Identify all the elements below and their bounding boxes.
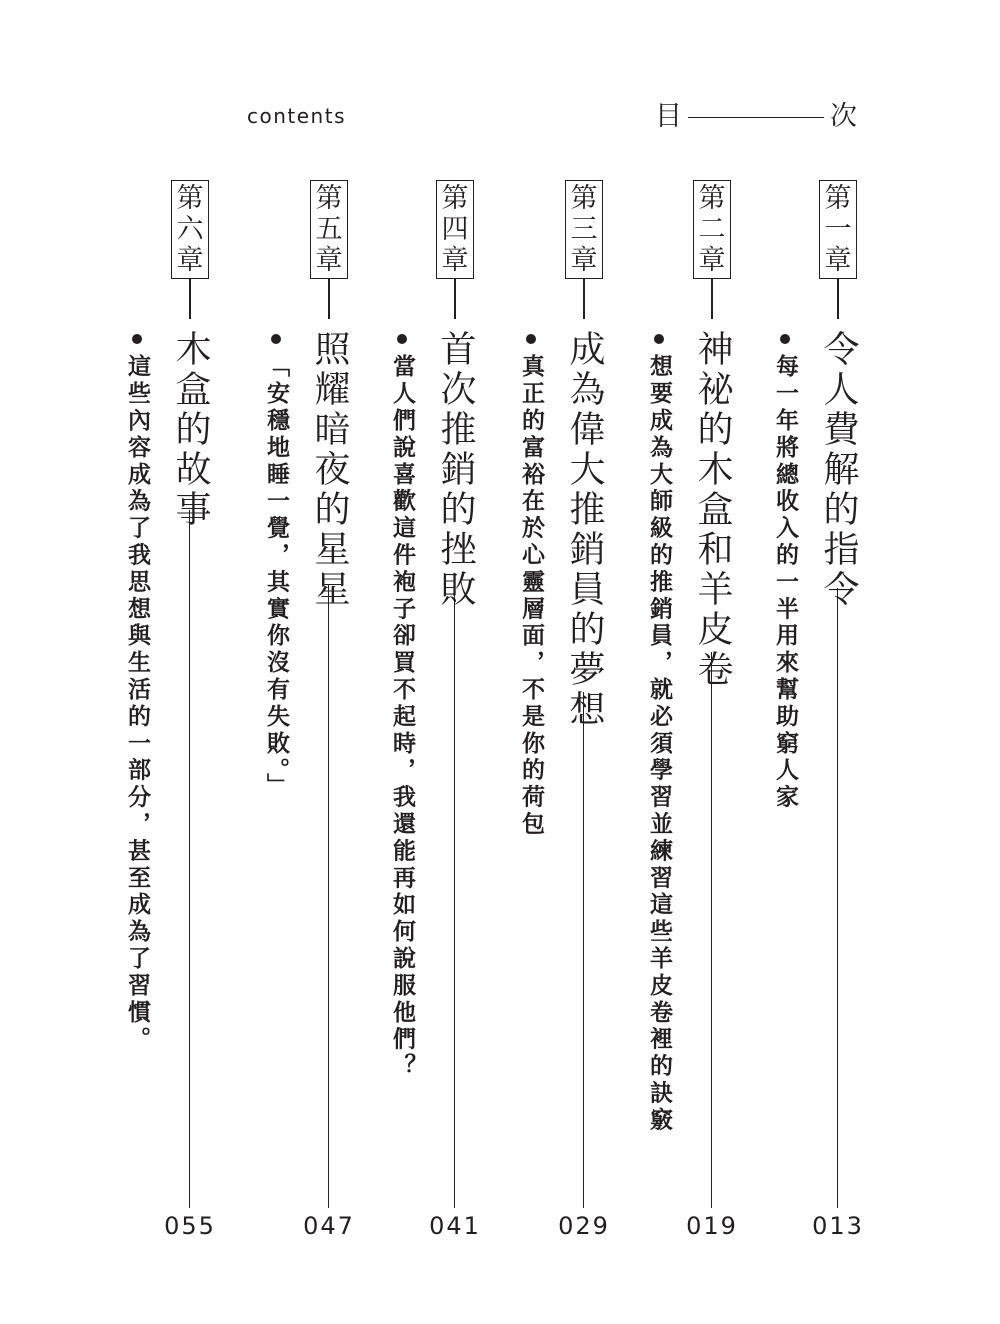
chapter-label-char: 章 [823,245,854,276]
chapter-2-page-number[interactable]: 019 [672,1212,752,1240]
chapter-label-char: 五 [314,214,345,245]
bullet-icon [654,334,664,344]
chapter-4-title[interactable]: 首次推銷的挫敗 [433,330,477,610]
chapter-2-subtitle: 想要成為大師級的推銷員，就必須學習並練習這些羊皮卷裡的訣竅 [645,354,673,1134]
chapter-label-char: 四 [440,214,471,245]
chapter-label-char: 章 [569,245,600,276]
chapter-4-label-box: 第 四 章 [436,180,474,279]
chapter-4-connector [454,279,456,319]
chapter-1-title[interactable]: 令人費解的指令 [816,330,860,610]
bullet-icon [526,334,536,344]
chapter-1-summary: 每一年將總收入的一半用來幫助窮人家 [771,332,799,811]
toc-header-rule [688,117,824,118]
chapter-5-page-number[interactable]: 047 [289,1212,369,1240]
bullet-icon [397,334,407,344]
chapter-label-char: 第 [697,183,728,214]
chapter-label-char: 六 [175,214,206,245]
chapter-6-summary: 這些內容成為了我思想與生活的一部分，甚至成為了習慣。 [123,332,151,1053]
chapter-label-char: 第 [175,183,206,214]
bullet-icon [132,334,142,344]
chapter-4-summary: 當人們說喜歡這件袍子卻買不起時，我還能再如何說服他們？ [388,332,416,1080]
chapter-label-char: 第 [823,183,854,214]
chapter-3-summary: 真正的富裕在於心靈層面，不是你的荷包 [517,332,545,838]
chapter-label-char: 一 [823,214,854,245]
chapter-5-connector [328,279,330,319]
chapter-1-subtitle: 每一年將總收入的一半用來幫助窮人家 [771,354,799,811]
chapter-5-leader-line [328,584,329,1208]
chapter-1-connector [837,279,839,319]
chapter-4-page-number[interactable]: 041 [415,1212,495,1240]
bullet-icon [780,334,790,344]
chapter-6-leader-line [189,510,190,1208]
chapter-2-leader-line [711,652,712,1208]
chapter-6-title[interactable]: 木盒的故事 [168,330,212,530]
chapter-2-label-box: 第 二 章 [693,180,731,279]
chapter-label-char: 章 [175,245,206,276]
toc-header-char-mu: 目 [655,100,682,134]
chapter-3-connector [583,279,585,319]
chapter-5-label-box: 第 五 章 [310,180,348,279]
chapter-2-title[interactable]: 神祕的木盒和羊皮卷 [690,330,734,690]
toc-header-en: contents [247,104,346,128]
chapter-6-subtitle: 這些內容成為了我思想與生活的一部分，甚至成為了習慣。 [123,354,151,1053]
chapter-6-connector [189,279,191,319]
toc-header-char-ci: 次 [830,100,857,134]
chapter-2-summary: 想要成為大師級的推銷員，就必須學習並練習這些羊皮卷裡的訣竅 [645,332,673,1134]
chapter-5-summary: 「安穩地睡一覺，其實你沒有失敗。」 [262,332,290,800]
chapter-3-label-box: 第 三 章 [565,180,603,279]
chapter-label-char: 第 [314,183,345,214]
bullet-icon [271,334,281,344]
chapter-label-char: 章 [314,245,345,276]
chapter-2-connector [711,279,713,319]
chapter-4-subtitle: 當人們說喜歡這件袍子卻買不起時，我還能再如何說服他們？ [388,354,416,1080]
chapter-4-leader-line [454,584,455,1208]
chapter-label-char: 第 [440,183,471,214]
chapter-3-leader-line [583,692,584,1208]
chapter-label-char: 三 [569,214,600,245]
chapter-6-page-number[interactable]: 055 [150,1212,230,1240]
chapter-1-leader-line [837,588,838,1208]
chapter-label-char: 章 [440,245,471,276]
chapter-6-label-box: 第 六 章 [171,180,209,279]
chapter-label-char: 第 [569,183,600,214]
chapter-5-title[interactable]: 照耀暗夜的星星 [307,330,351,610]
chapter-1-label-box: 第 一 章 [819,180,857,279]
chapter-3-page-number[interactable]: 029 [544,1212,624,1240]
chapter-5-subtitle: 「安穩地睡一覺，其實你沒有失敗。」 [262,354,290,800]
chapter-3-title[interactable]: 成為偉大推銷員的夢想 [562,330,606,730]
chapter-label-char: 章 [697,245,728,276]
toc-header-zh: 目 次 [655,100,857,134]
chapter-label-char: 二 [697,214,728,245]
chapter-1-page-number[interactable]: 013 [798,1212,878,1240]
chapter-3-subtitle: 真正的富裕在於心靈層面，不是你的荷包 [517,354,545,838]
